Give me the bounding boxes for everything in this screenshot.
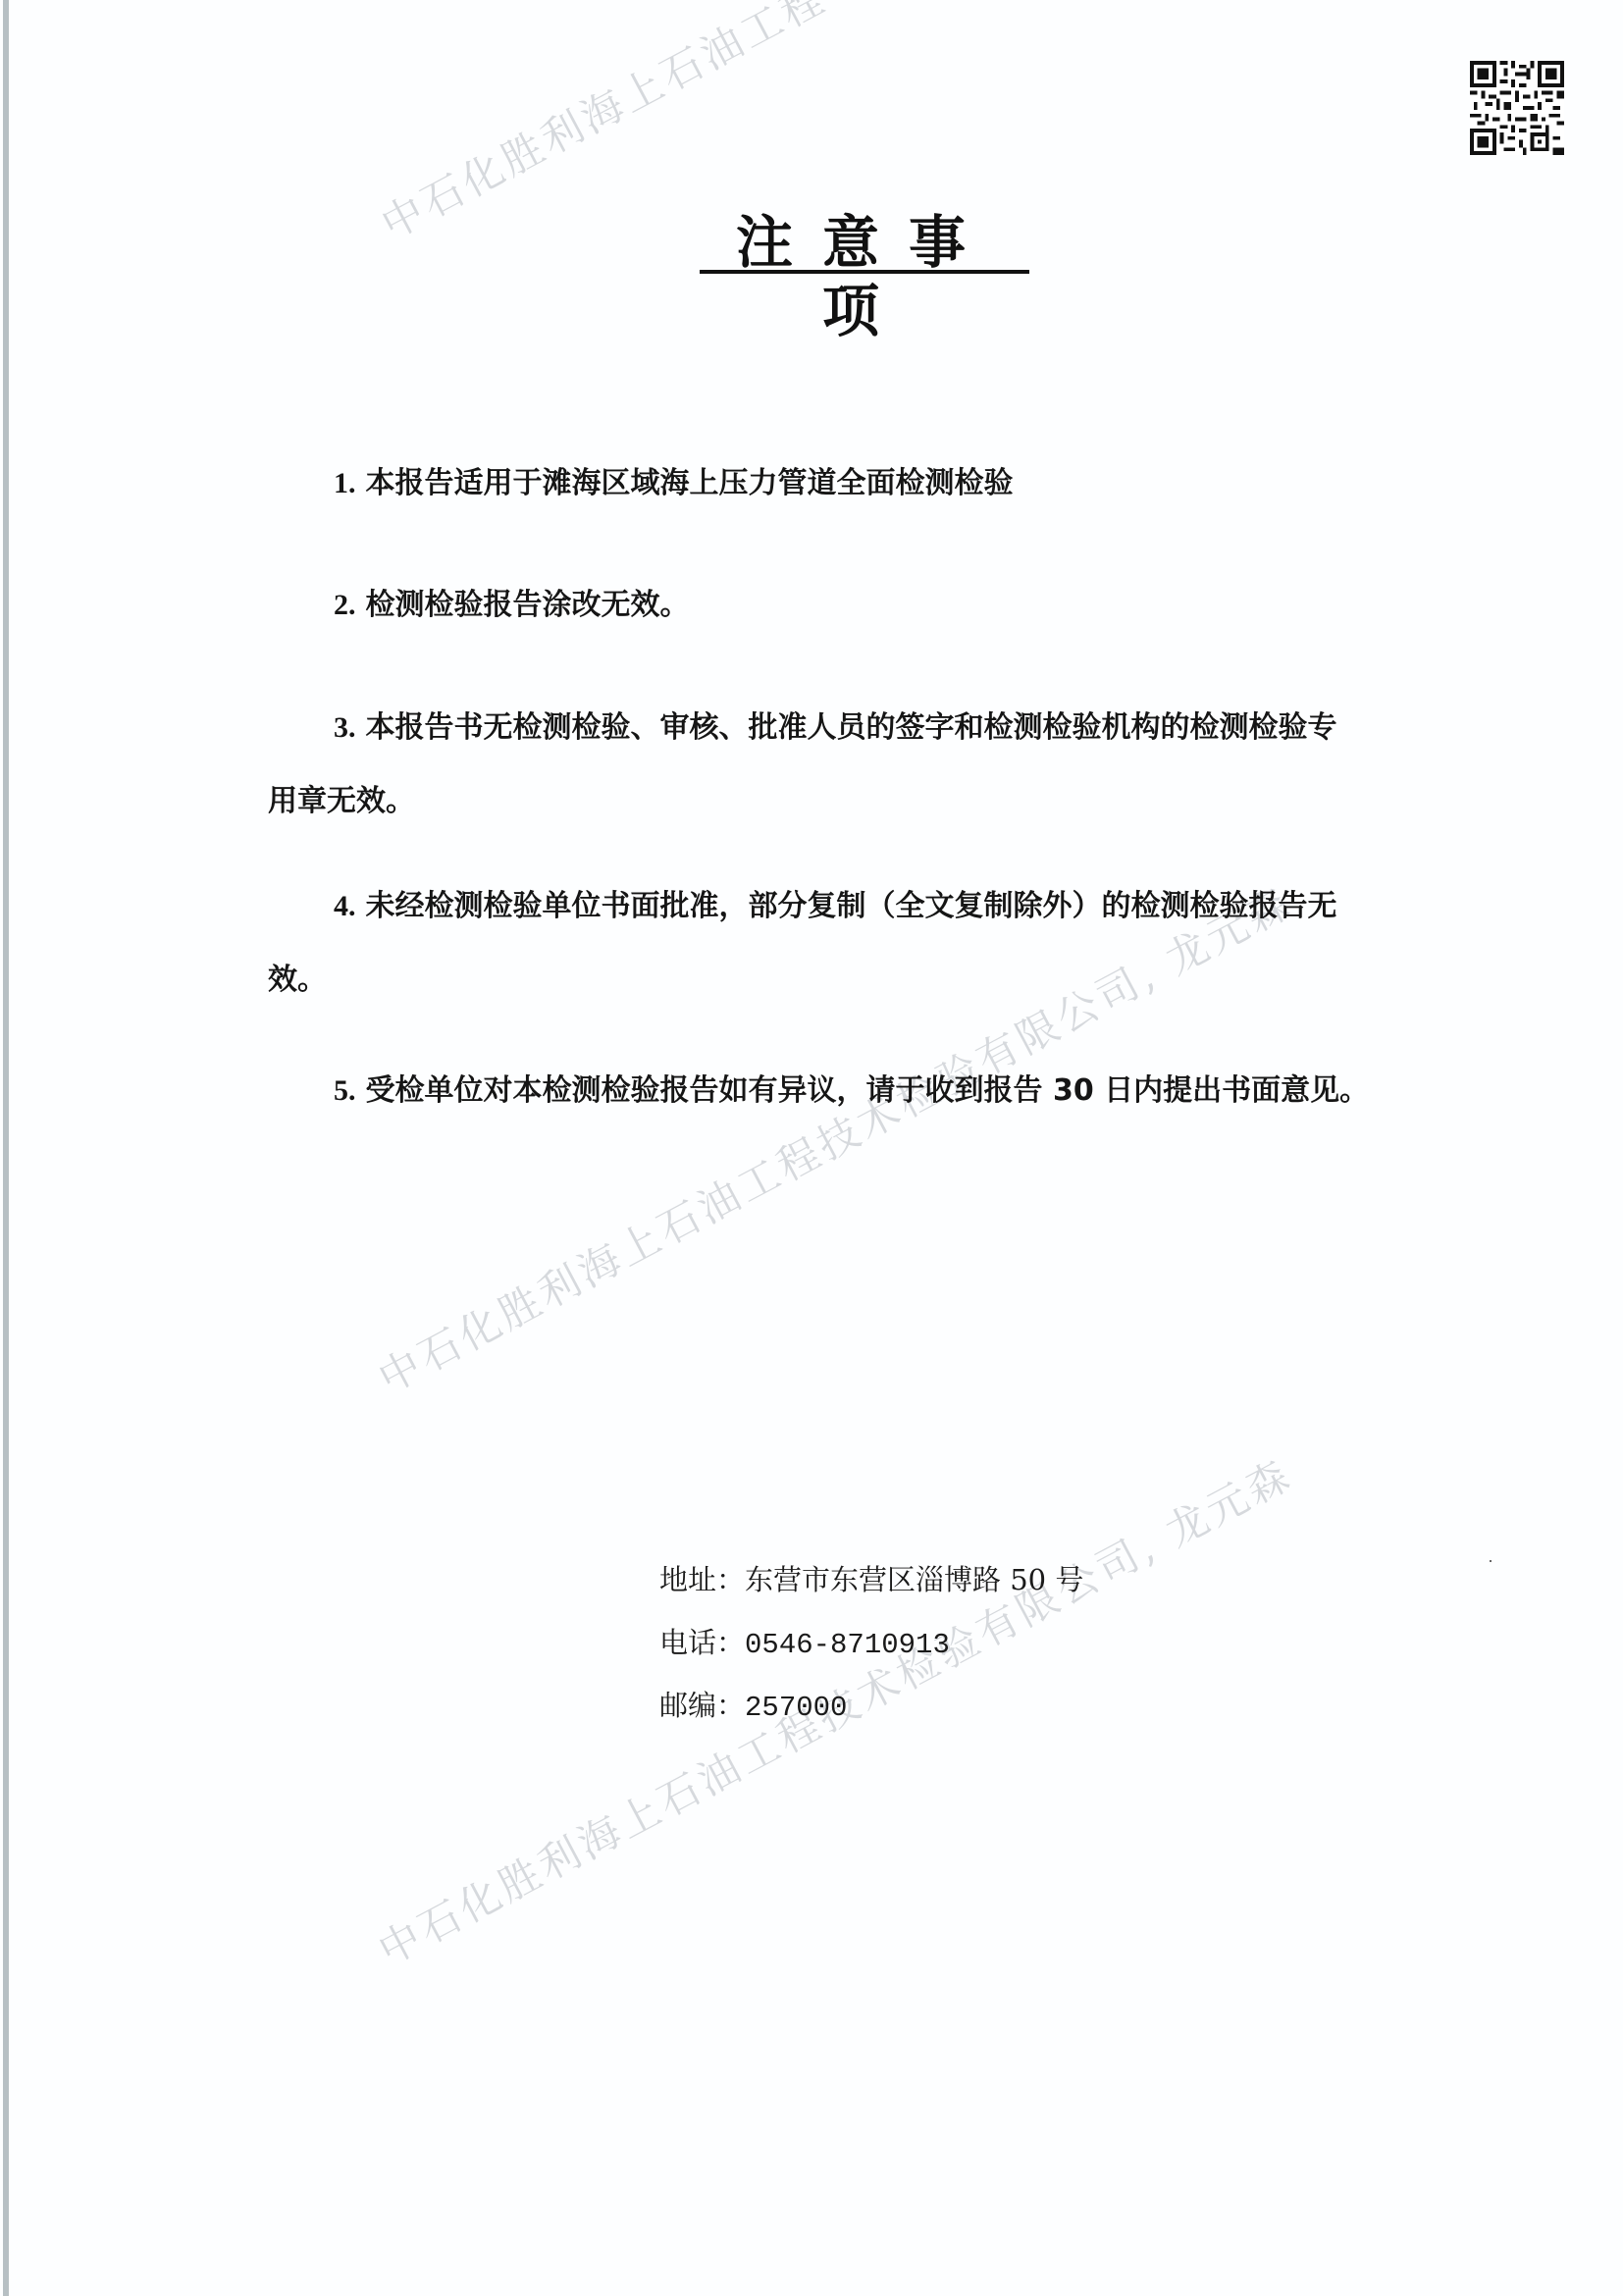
notice-item-4-continued: 效。 [268,965,327,995]
address-value: 东营市东营区淄博路 50 号 [745,1563,1083,1596]
watermark: 中石化胜利海上石油工程技术检验有限公司, 龙元森 [367,871,1301,1405]
notice-item-2: 2.检测检验报告涂改无效。 [334,591,690,620]
scan-speck [1490,1560,1492,1562]
notice-text: 受检单位对本检测检验报告如有异议，请于收到报告 30 日内提出书面意见。 [366,1073,1370,1108]
notice-text: 本报告书无检测检验、审核、批准人员的签字和检测检验机构的检测检验专 [366,710,1337,745]
page-title: 注意事项 [699,208,1032,345]
scan-edge [3,0,9,2296]
notice-number: 3. [334,711,356,744]
notice-number: 5. [334,1074,356,1107]
address-label: 地址： [659,1563,745,1596]
qr-code-icon [1470,61,1564,155]
notice-number: 2. [334,589,356,621]
notice-text: 检测检验报告涂改无效。 [366,588,690,622]
phone-label: 电话： [659,1626,745,1659]
notice-item-4: 4.未经检测检验单位书面批准，部分复制（全文复制除外）的检测检验报告无 [334,892,1337,921]
title-underline [700,270,1029,274]
notice-number: 1. [334,467,356,499]
contact-phone: 电话：0546-8710913 [659,1627,950,1661]
contact-address: 地址：东营市东营区淄博路 50 号 [659,1564,1083,1595]
notice-item-3-continued: 用章无效。 [268,787,415,816]
postcode-label: 邮编： [659,1689,745,1722]
notice-text: 用章无效。 [268,784,415,818]
notice-number: 4. [334,890,356,922]
document-page: 中石化胜利海上石油工程 中石化胜利海上石油工程技术检验有限公司, 龙元森 中石化… [0,0,1623,2296]
notice-text: 效。 [268,963,327,997]
notice-item-3: 3.本报告书无检测检验、审核、批准人员的签字和检测检验机构的检测检验专 [334,713,1337,743]
notice-item-1: 1.本报告适用于滩海区域海上压力管道全面检测检验 [334,469,1014,498]
phone-value: 0546-8710913 [745,1629,950,1661]
contact-postcode: 邮编：257000 [659,1690,847,1724]
notice-text: 本报告适用于滩海区域海上压力管道全面检测检验 [366,466,1014,500]
notice-item-5: 5.受检单位对本检测检验报告如有异议，请于收到报告 30 日内提出书面意见。 [334,1076,1369,1106]
notice-text: 未经检测检验单位书面批准，部分复制（全文复制除外）的检测检验报告无 [366,889,1337,923]
postcode-value: 257000 [745,1692,847,1724]
